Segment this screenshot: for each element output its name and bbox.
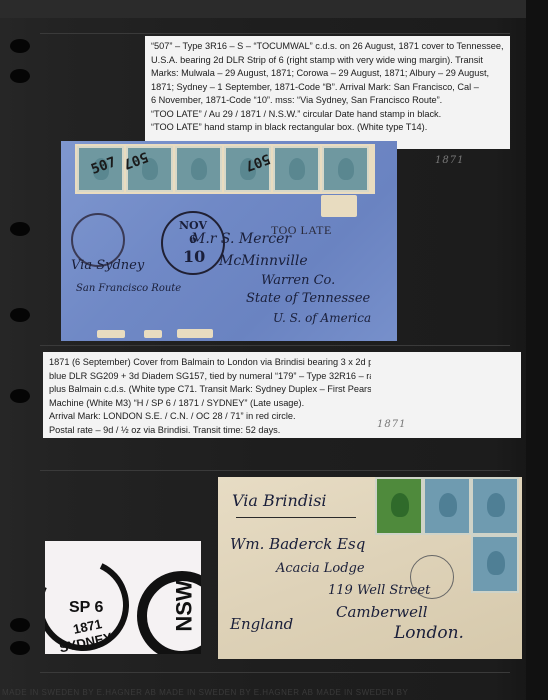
strip-divider [40, 470, 510, 471]
album-footer-imprint: MADE IN SWEDEN BY E.HAGNER AB MADE IN SW… [0, 685, 548, 700]
binder-hole [10, 389, 30, 403]
binder-hole [10, 618, 30, 632]
binder-hole [10, 39, 30, 53]
address-line: U. S. of America [273, 311, 371, 325]
label-2-line: Arrival Mark: LONDON S.E. / C.N. / OC 28… [49, 410, 365, 424]
label-2-line: 1871 (6 September) Cover from Balmain to… [49, 356, 365, 370]
binder-hole [10, 308, 30, 322]
label-2-line: Machine (White M3) “H / SP 6 / 1871 / SY… [49, 397, 365, 411]
cover-1-tennessee: 507 507 507 NOV 6 10 TOO LATE Via Sydney… [61, 141, 397, 341]
label-2-line: plus Balmain c.d.s. (White type C71. Tra… [49, 383, 365, 397]
label-1-line: 6 November, 1871-Code “10”. mss: “Via Sy… [151, 94, 504, 108]
address-line: McMinnville [219, 253, 308, 269]
label-1-line: Marks: Mulwala – 29 August, 1871; Corowa… [151, 67, 504, 81]
stamp-two-pence [322, 146, 369, 192]
binder-hole [10, 222, 30, 236]
address-line: London. [394, 623, 464, 643]
binder-hole [10, 641, 30, 655]
binder-hole [10, 69, 30, 83]
address-line: England [230, 615, 293, 633]
album-page: “507” – Type 3R16 – S – “TOCUMWAL” c.d.s… [0, 0, 548, 700]
label-1-line: “507” – Type 3R16 – S – “TOCUMWAL” c.d.s… [151, 40, 504, 54]
label-1-line: 1871; Sydney – 1 September, 1871-Code “B… [151, 81, 504, 95]
manuscript-route: Via Brindisi [232, 491, 327, 510]
postmark-enlargement: SP 6 1871 SYDNEY NSW [45, 541, 201, 654]
label-2-line: blue DLR SG209 + 3d Diadem SG157, tied b… [49, 370, 365, 384]
description-label-2-margin: 1871 [371, 352, 521, 438]
stamp-strip: 507 507 507 [75, 144, 375, 194]
address-line: Camberwell [336, 603, 428, 621]
address-line: 119 Well Street [328, 583, 430, 598]
address-line: Acacia Lodge [276, 561, 365, 576]
stamp-two-pence [423, 477, 471, 535]
strip-divider [40, 672, 510, 673]
cover-tear [97, 330, 125, 338]
stamp-two-pence [471, 477, 519, 535]
description-label-2: 1871 (6 September) Cover from Balmain to… [43, 352, 371, 438]
year-note: 1871 [377, 418, 406, 432]
cover-tear [321, 195, 357, 217]
label-1-line: U.S.A. bearing 2d DLR Strip of 6 (right … [151, 54, 504, 68]
address-line: State of Tennessee [246, 291, 370, 306]
label-1-line: “TOO LATE” / Au 29 / 1871 / N.S.W.” circ… [151, 108, 504, 122]
year-note: 1871 [435, 154, 464, 168]
cover-2-london: Via Brindisi Wm. Baderck Esq Acacia Lodg… [218, 477, 522, 659]
stamp-two-pence [273, 146, 320, 192]
strip-divider [40, 345, 510, 346]
label-2-line: Postal rate – 9d / ½ oz via Brindisi. Tr… [49, 424, 365, 438]
manuscript-route: Via Sydney [71, 258, 144, 273]
label-1-line: “TOO LATE” hand stamp in black rectangul… [151, 121, 504, 135]
top-band [0, 0, 548, 18]
page-edge [526, 0, 548, 700]
underline [236, 517, 356, 518]
address-line: Wm. Baderck Esq [230, 535, 365, 553]
strip-divider [40, 33, 510, 34]
description-label-1: “507” – Type 3R16 – S – “TOCUMWAL” c.d.s… [145, 36, 510, 149]
stamp-three-pence [375, 477, 423, 535]
stamp-two-pence [471, 535, 519, 593]
cover-tear [144, 330, 162, 338]
address-line: Warren Co. [261, 273, 335, 288]
cover-tear [177, 329, 213, 338]
manuscript-route: San Francisco Route [76, 283, 181, 294]
stamp-two-pence [175, 146, 222, 192]
address-line: M.r S. Mercer [191, 231, 291, 247]
